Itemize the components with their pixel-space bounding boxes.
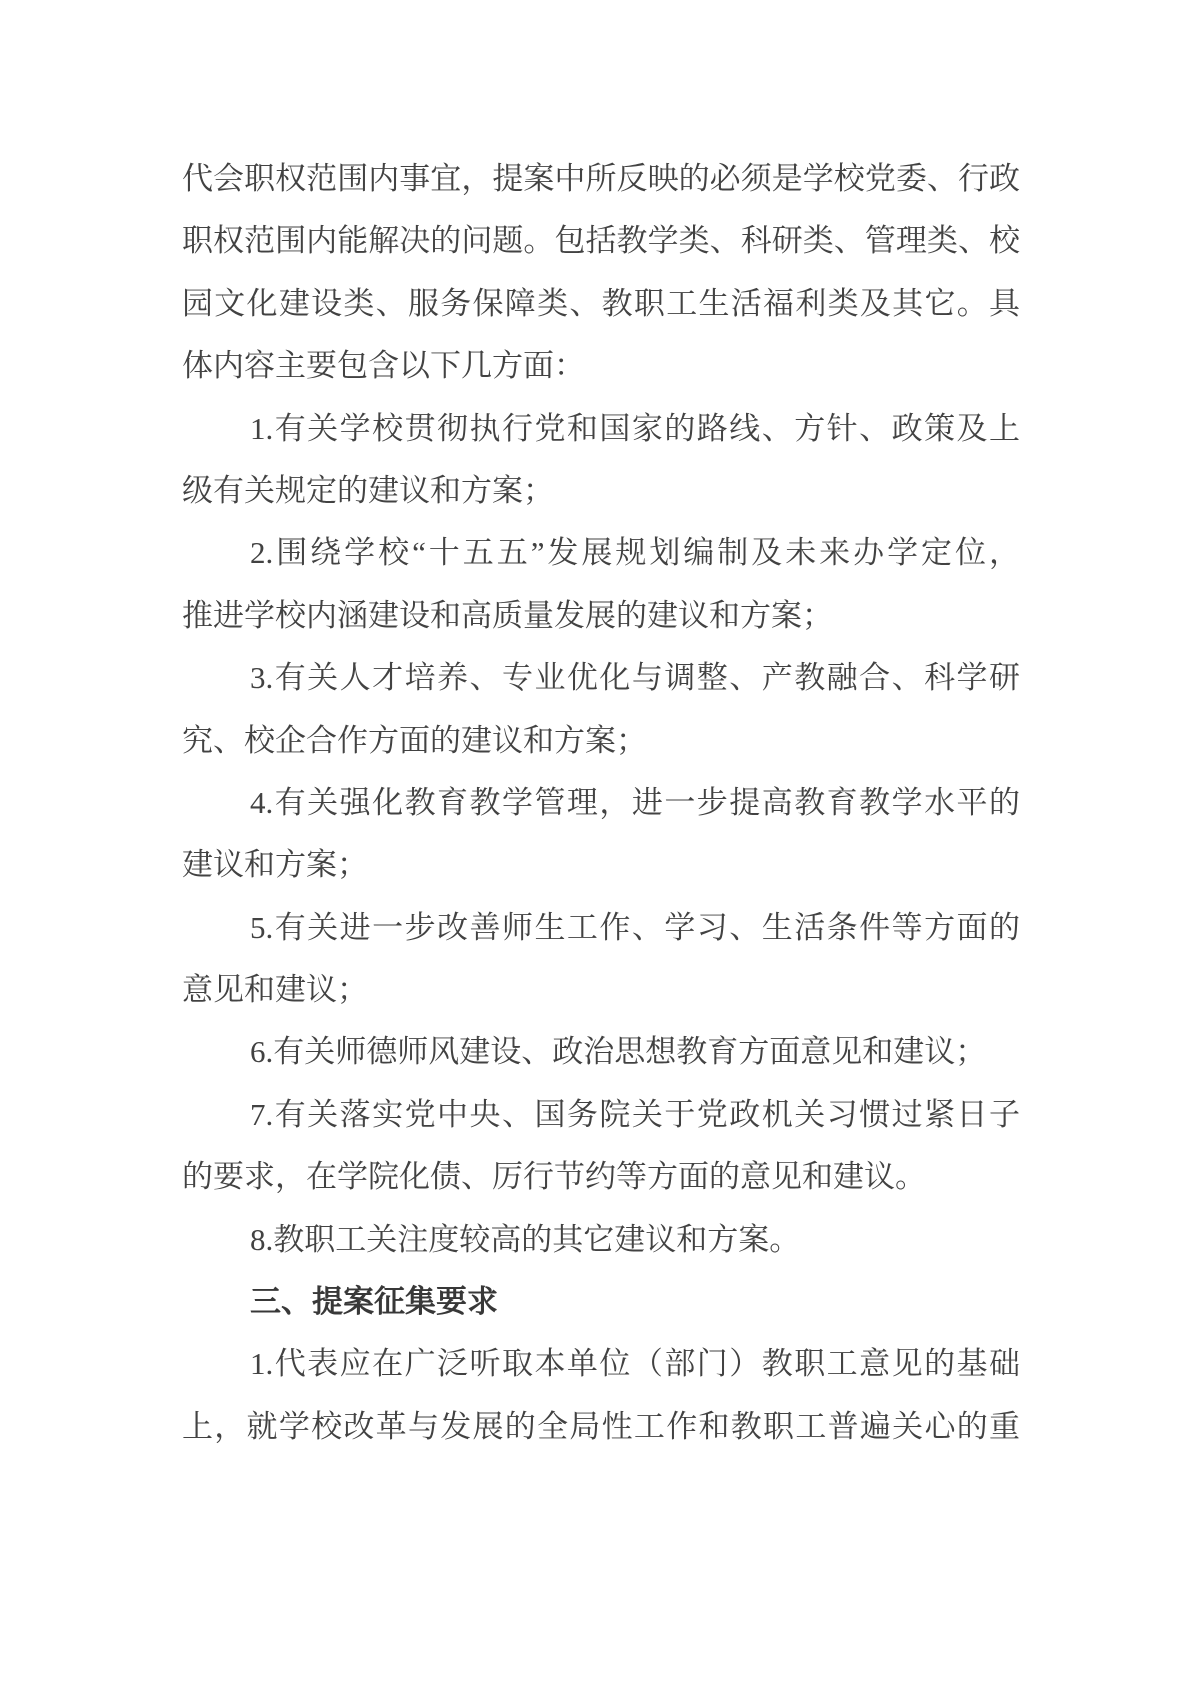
text-line: 园文化建设类、服务保障类、教职工生活福利类及其它。具 xyxy=(182,273,1020,335)
text-line: 8.教职工关注度较高的其它建议和方案。 xyxy=(182,1209,1020,1271)
text-line: 2.围绕学校“十五五”发展规划编制及未来办学定位， xyxy=(182,522,1020,584)
text-line: 推进学校内涵建设和高质量发展的建议和方案； xyxy=(182,585,1020,647)
text-line: 的要求，在学院化债、厉行节约等方面的意见和建议。 xyxy=(182,1146,1020,1208)
text-line: 4.有关强化教育教学管理，进一步提高教育教学水平的 xyxy=(182,772,1020,834)
text-line: 1.代表应在广泛听取本单位（部门）教职工意见的基础 xyxy=(182,1333,1020,1395)
text-line: 代会职权范围内事宜，提案中所反映的必须是学校党委、行政 xyxy=(182,148,1020,210)
text-line: 职权范围内能解决的问题。包括教学类、科研类、管理类、校 xyxy=(182,210,1020,272)
text-line: 7.有关落实党中央、国务院关于党政机关习惯过紧日子 xyxy=(182,1084,1020,1146)
text-line: 建议和方案； xyxy=(182,834,1020,896)
text-line: 上，就学校改革与发展的全局性工作和教职工普遍关心的重 xyxy=(182,1396,1020,1458)
text-line: 6.有关师德师风建设、政治思想教育方面意见和建议； xyxy=(182,1021,1020,1083)
text-line: 5.有关进一步改善师生工作、学习、生活条件等方面的 xyxy=(182,897,1020,959)
section-heading: 三、提案征集要求 xyxy=(182,1271,1020,1333)
text-line: 体内容主要包含以下几方面： xyxy=(182,335,1020,397)
text-line: 级有关规定的建议和方案； xyxy=(182,460,1020,522)
text-line: 意见和建议； xyxy=(182,959,1020,1021)
document-body: 代会职权范围内事宜，提案中所反映的必须是学校党委、行政职权范围内能解决的问题。包… xyxy=(182,148,1020,1458)
text-line: 究、校企合作方面的建议和方案； xyxy=(182,710,1020,772)
text-line: 3.有关人才培养、专业优化与调整、产教融合、科学研 xyxy=(182,647,1020,709)
document-page: 代会职权范围内事宜，提案中所反映的必须是学校党委、行政职权范围内能解决的问题。包… xyxy=(0,0,1191,1684)
text-line: 1.有关学校贯彻执行党和国家的路线、方针、政策及上 xyxy=(182,398,1020,460)
